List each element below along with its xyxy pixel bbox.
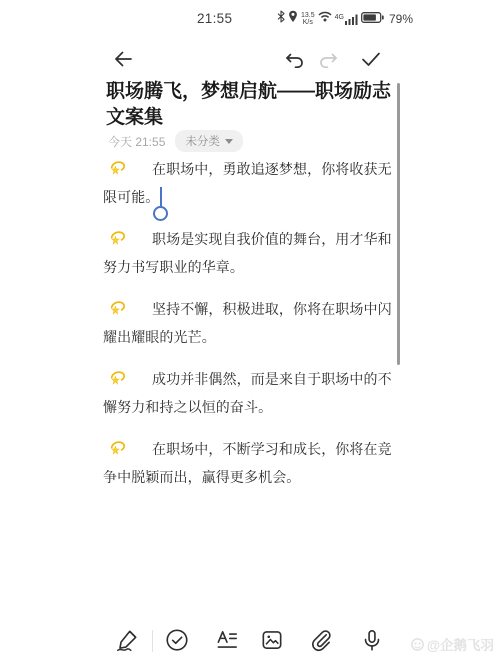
- note-paragraph[interactable]: 在职场中，不断学习和成长，你将在竞争中脱颖而出，赢得更多机会。: [103, 435, 394, 491]
- attachment-button[interactable]: [308, 627, 334, 653]
- editor-top-toolbar: [0, 44, 500, 78]
- scrollbar[interactable]: [397, 83, 400, 365]
- battery-icon: [361, 10, 384, 28]
- dizzy-star-icon: [109, 440, 127, 457]
- note-paragraph[interactable]: 成功并非偶然，而是来自于职场中的不懈努力和持之以恒的奋斗。: [103, 365, 394, 421]
- paragraph-text: 在职场中，不断学习和成长，你将在竞争中脱颖而出，赢得更多机会。: [103, 441, 392, 485]
- cell-signal: 4G: [335, 14, 358, 25]
- back-button[interactable]: [110, 46, 136, 72]
- paragraph-text: 职场是实现自我价值的舞台，用才华和努力书写职业的华章。: [103, 231, 392, 275]
- insert-image-button[interactable]: [259, 627, 285, 653]
- note-body[interactable]: 在职场中，勇敢追逐梦想，你将收获无限可能。 职场是实现自我价值的舞台，用才华和努…: [103, 155, 394, 505]
- status-bar: 21:55 13.5 K/s 4G 79%: [0, 0, 500, 34]
- note-meta-row: 今天 21:55 未分类: [108, 130, 243, 152]
- paragraph-text: 成功并非偶然，而是来自于职场中的不懈努力和持之以恒的奋斗。: [103, 371, 392, 415]
- save-done-button[interactable]: [358, 46, 384, 72]
- note-paragraph[interactable]: 坚持不懈，积极进取，你将在职场中闪耀出耀眼的光芒。: [103, 295, 394, 351]
- microphone-icon: [359, 627, 385, 653]
- paperclip-icon: [308, 627, 334, 653]
- cursor-drag-handle[interactable]: [153, 206, 168, 221]
- todo-checklist-button[interactable]: [164, 627, 190, 653]
- wifi-icon: [318, 10, 332, 28]
- battery-percent-label: 79%: [389, 12, 413, 26]
- image-icon: [259, 627, 285, 653]
- paragraph-text: 坚持不懈，积极进取，你将在职场中闪耀出耀眼的光芒。: [103, 301, 392, 345]
- toolbar-divider: [152, 630, 153, 652]
- redo-button[interactable]: [316, 48, 342, 74]
- chevron-down-icon: [225, 139, 233, 144]
- watermark: @企鹅飞羽: [410, 634, 494, 654]
- network-speed-indicator: 13.5 K/s: [301, 12, 315, 26]
- watermark-text: @企鹅飞羽: [427, 634, 494, 654]
- circle-check-icon: [164, 627, 190, 653]
- note-date: 今天 21:55: [108, 133, 165, 150]
- notes-app-screen: 21:55 13.5 K/s 4G 79%: [0, 0, 500, 667]
- voice-record-button[interactable]: [359, 627, 385, 653]
- format-a-lines-icon: [214, 627, 240, 653]
- dizzy-star-icon: [109, 300, 127, 317]
- status-icons: 13.5 K/s 4G 79%: [277, 9, 413, 29]
- watermark-logo-icon: [410, 637, 425, 652]
- status-time: 21:55: [197, 11, 232, 26]
- network-type-label: 4G: [335, 14, 344, 21]
- dizzy-star-icon: [109, 230, 127, 247]
- signal-bars-icon: [345, 14, 358, 25]
- paragraph-text: 在职场中，勇敢追逐梦想，你将收获无限可能。: [103, 161, 392, 205]
- category-selector[interactable]: 未分类: [175, 130, 243, 152]
- undo-button[interactable]: [281, 48, 307, 74]
- pen-squiggle-icon: [114, 627, 140, 653]
- category-label: 未分类: [185, 133, 220, 149]
- note-title[interactable]: 职场腾飞，梦想启航——职场励志文案集: [106, 79, 400, 131]
- location-icon: [288, 10, 298, 28]
- dizzy-star-icon: [109, 370, 127, 387]
- dizzy-star-icon: [109, 160, 127, 177]
- undo-icon: [283, 50, 305, 72]
- redo-icon: [318, 50, 340, 72]
- back-arrow-icon: [111, 47, 135, 71]
- text-format-button[interactable]: [214, 627, 240, 653]
- checkmark-icon: [359, 47, 383, 71]
- note-paragraph[interactable]: 职场是实现自我价值的舞台，用才华和努力书写职业的华章。: [103, 225, 394, 281]
- bluetooth-icon: [277, 10, 285, 28]
- handwriting-button[interactable]: [114, 627, 140, 653]
- note-paragraph[interactable]: 在职场中，勇敢追逐梦想，你将收获无限可能。: [103, 155, 394, 211]
- text-cursor[interactable]: [160, 187, 162, 206]
